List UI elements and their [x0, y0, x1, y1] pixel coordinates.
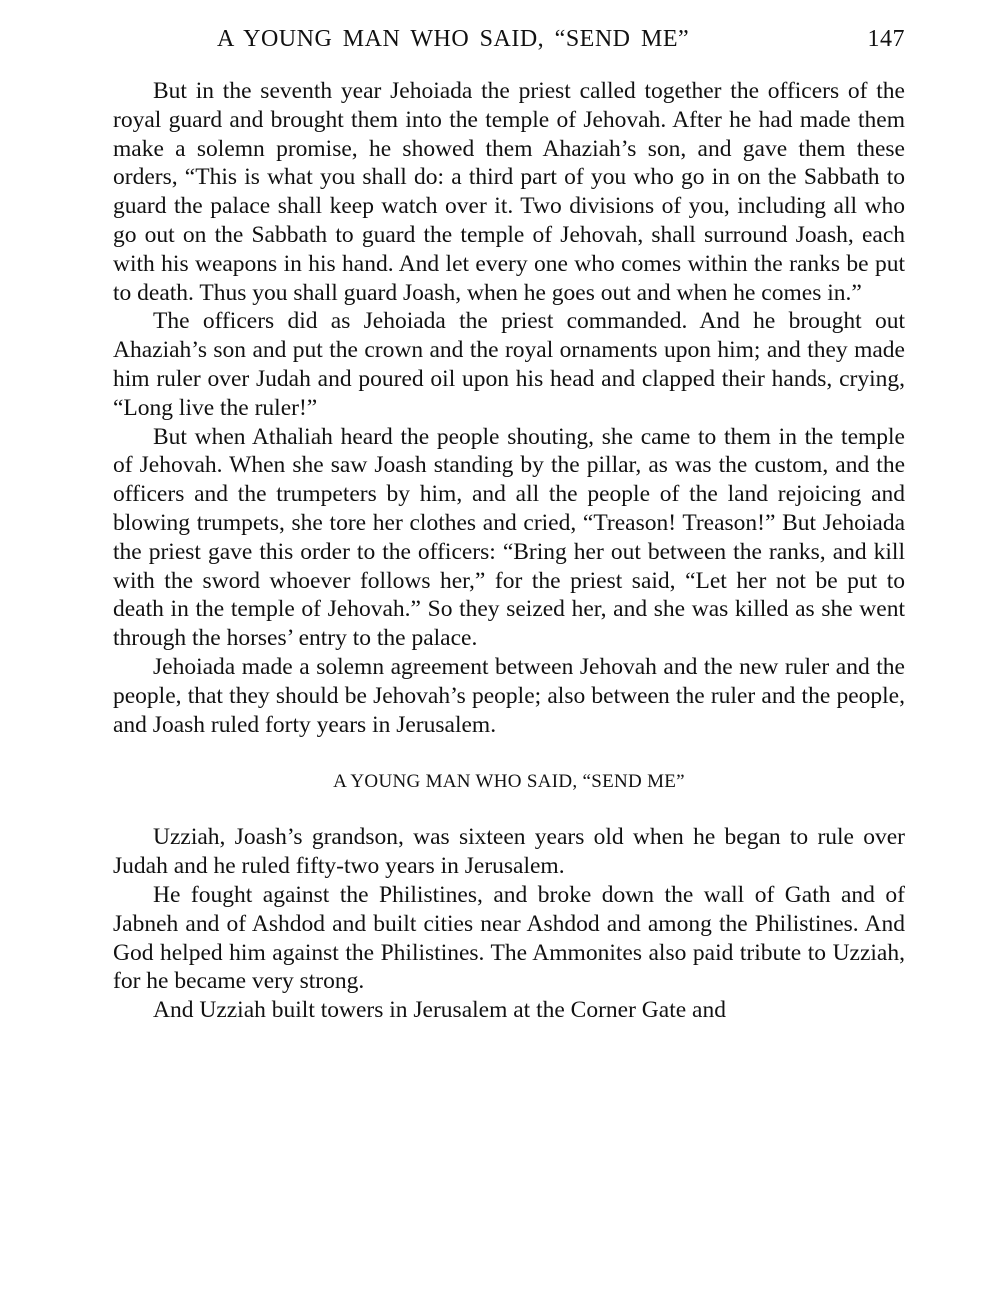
body-text: But in the seventh year Jehoiada the pri… — [113, 77, 905, 1025]
paragraph: He fought against the Philistines, and b… — [113, 881, 905, 996]
section-heading: A YOUNG MAN WHO SAID, “SEND ME” — [113, 768, 905, 796]
paragraph: And Uzziah built towers in Jerusalem at … — [113, 996, 905, 1025]
paragraph: The officers did as Jehoiada the priest … — [113, 307, 905, 422]
paragraph: Jehoiada made a solemn agreement between… — [113, 653, 905, 739]
running-head: A YOUNG MAN WHO SAID, “SEND ME” 147 — [113, 26, 905, 60]
paragraph: But in the seventh year Jehoiada the pri… — [113, 77, 905, 307]
page-number: 147 — [868, 26, 906, 53]
running-head-title: A YOUNG MAN WHO SAID, “SEND ME” — [217, 26, 689, 53]
paragraph: Uzziah, Joash’s grandson, was sixteen ye… — [113, 823, 905, 881]
paragraph: But when Athaliah heard the people shout… — [113, 423, 905, 653]
